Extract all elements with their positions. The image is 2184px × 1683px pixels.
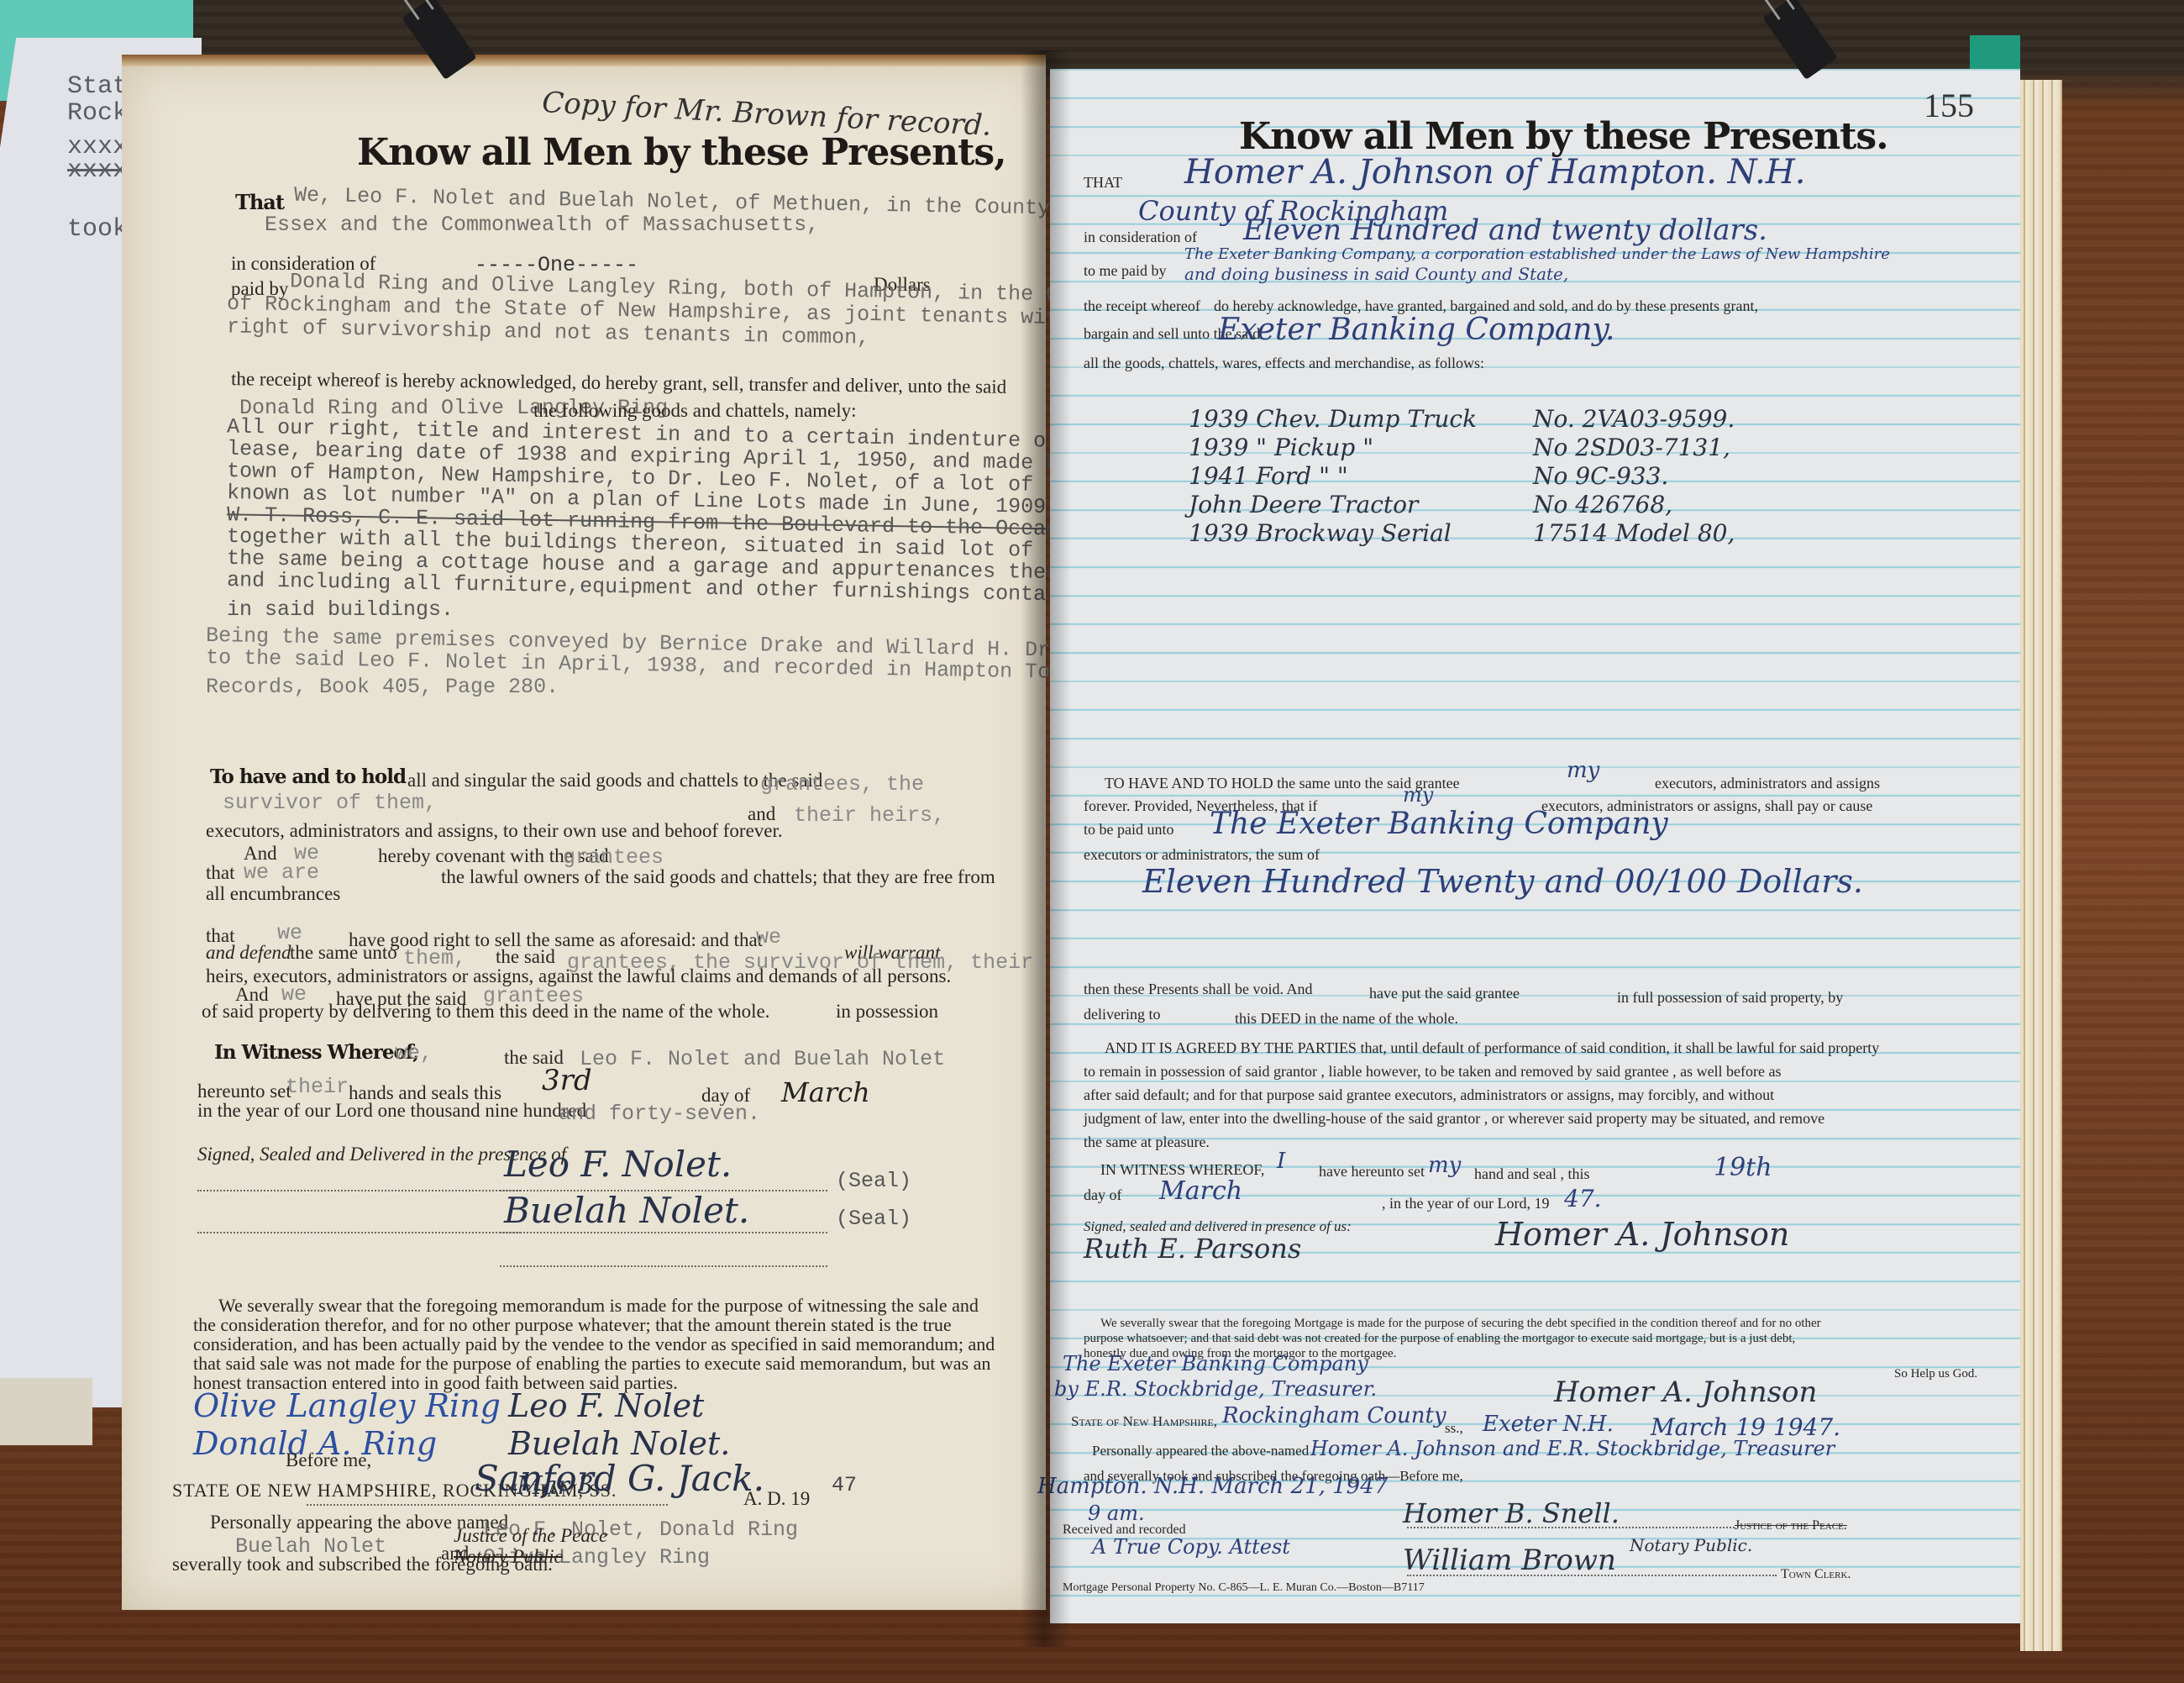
grantor: Homer A. Johnson of Hampton. N.H.: [1184, 153, 1805, 192]
provenance-line: Records, Book 405, Page 280.: [206, 675, 559, 699]
before-me-label: Before me,: [286, 1449, 371, 1471]
notary-title: Notary Public: [454, 1546, 563, 1568]
sum-value: Eleven Hundred Twenty and 00/100 Dollars…: [1142, 863, 1863, 900]
receipt-label: the receipt whereof: [1084, 297, 1200, 315]
witness-we: we,: [395, 1041, 433, 1065]
void-clause: in full possession of said property, by: [1617, 989, 1843, 1007]
oath-signature: Homer A. Johnson: [1554, 1375, 1817, 1409]
we-are: we are: [244, 860, 319, 885]
oath-signature-leo: Leo F. Nolet: [508, 1387, 704, 1424]
right-page-mortgage: 155 Know all Men by these Presents. THAT…: [1050, 69, 2020, 1623]
agreed-line: judgment of law, enter into the dwelling…: [1084, 1110, 1824, 1128]
agreed-line: the same at pleasure.: [1084, 1133, 1210, 1151]
book-page-edges: [2020, 80, 2062, 1651]
page-number: 155: [1924, 86, 1974, 125]
void-clause: then these Presents shall be void. And: [1084, 981, 1312, 998]
attest: A True Copy. Attest: [1092, 1535, 1290, 1559]
county-value: Rockingham County: [1222, 1403, 1446, 1428]
book-spine: [1021, 50, 1071, 1647]
month-value: March: [1159, 1176, 1242, 1206]
goods-label: the following goods and chattels, namely…: [533, 400, 857, 422]
year-text: in the year of our Lord one thousand nin…: [197, 1100, 586, 1122]
witness-text: have hereunto set: [1319, 1163, 1425, 1181]
delivering: this DEED in the name of the whole.: [1235, 1010, 1458, 1028]
year-value: 47.: [1564, 1185, 1602, 1212]
void-clause: have put the said grantee: [1369, 985, 1520, 1002]
recorded-place-date: Hampton. N.H. March 21, 1947: [1037, 1474, 1388, 1499]
agreed-line: AND IT IS AGREED BY THE PARTIES that, un…: [1105, 1039, 1879, 1057]
that-label: that: [206, 862, 235, 884]
paid-unto-label: to be paid unto: [1084, 821, 1173, 839]
oath-line: We severally swear that the foregoing Mo…: [1100, 1317, 1821, 1331]
chattel-description: 1939 " Pickup ": [1189, 434, 1373, 461]
grantors-residence: Essex and the Commonwealth of Massachuse…: [265, 213, 819, 237]
that-label: That: [235, 190, 284, 214]
left-page-bill-of-sale: Copy for Mr. Brown for record. Know all …: [122, 55, 1046, 1610]
witness-my: my: [1428, 1153, 1461, 1178]
paid-by: and doing business in said County and St…: [1184, 264, 1568, 284]
witness-signature: Ruth E. Parsons: [1084, 1233, 1301, 1265]
page-heading: Know all Men by these Presents,: [357, 131, 1006, 174]
agreed-line: to remain in possession of said grantor …: [1084, 1063, 1782, 1081]
page-burned-edge: [122, 55, 1046, 66]
mortgagee-signature: The Exeter Banking Company: [1063, 1352, 1368, 1375]
chattel-number: No 9C-933.: [1533, 462, 1668, 490]
that-label: THAT: [1084, 174, 1122, 192]
habendum-text: executors, administrators and assigns, t…: [206, 820, 783, 842]
grantee: Exeter Banking Company.: [1218, 313, 1614, 347]
grantor-signature: Homer A. Johnson: [1495, 1216, 1789, 1253]
habendum: executors, administrators and assigns: [1655, 775, 1880, 792]
consideration-label: in consideration of: [1084, 229, 1197, 246]
day-value: 19th: [1714, 1153, 1772, 1182]
recorded-time: 9 am.: [1088, 1502, 1145, 1525]
chattel-description: 1941 Ford " ": [1189, 462, 1348, 490]
signature-olive-ring: Olive Langley Ring: [193, 1387, 501, 1424]
day-value: 3rd: [542, 1064, 592, 1097]
seal-label: (Seal): [836, 1169, 911, 1193]
appeared-label: Personally appeared the above-named: [1092, 1443, 1309, 1459]
habendum-my: my: [1567, 758, 1599, 783]
sum-label: executors or administrators, the sum of: [1084, 846, 1320, 864]
signature-buelah-nolet: Buelah Nolet.: [504, 1190, 749, 1231]
provided-my: my: [1403, 783, 1433, 807]
description-line: in said buildings.: [227, 597, 454, 622]
their: their: [286, 1075, 349, 1099]
paid-by-label: to me paid by: [1084, 262, 1166, 280]
form-footer: Mortgage Personal Property No. C-865—L. …: [1063, 1581, 1425, 1595]
so-help-label: So Help us God.: [1894, 1367, 1977, 1381]
page-heading: Know all Men by these Presents.: [1239, 115, 1888, 158]
notary-title: Notary Public.: [1630, 1535, 1752, 1555]
town-value: Exeter N.H.: [1483, 1412, 1614, 1437]
state-label: State of New Hampshire,: [1071, 1413, 1217, 1430]
justice-signature: Homer B. Snell.: [1403, 1497, 1620, 1529]
hand-seal: hand and seal , this: [1474, 1165, 1589, 1183]
month-value: March: [781, 1076, 870, 1108]
habendum-fill: grantees, the: [760, 772, 924, 797]
torn-paper: [0, 1378, 92, 1445]
delivering: delivering to: [1084, 1006, 1160, 1023]
chattel-number: No 426768,: [1533, 491, 1672, 518]
right-we: we: [756, 925, 781, 949]
paid-unto: The Exeter Banking Company: [1210, 807, 1668, 841]
mortgagee-signature: by E.R. Stockbridge, Treasurer.: [1054, 1377, 1377, 1401]
agreed-line: after said default; and for that purpose…: [1084, 1086, 1774, 1104]
chattel-description: 1939 Chev. Dump Truck: [1189, 405, 1477, 433]
habendum-label: To have and to hold: [210, 765, 406, 788]
appeared-value: Homer A. Johnson and E.R. Stockbridge, T…: [1310, 1437, 1835, 1460]
year-label: , in the year of our Lord, 19: [1382, 1195, 1549, 1212]
owners-text: the lawful owners of the said goods and …: [441, 866, 995, 888]
oath-line: purpose whatsoever; and that said debt w…: [1084, 1332, 1795, 1346]
ad-year: 47: [832, 1473, 857, 1497]
witness-i: I: [1277, 1149, 1285, 1174]
habendum-fill: survivor of them,: [223, 791, 437, 815]
signature-leo-nolet: Leo F. Nolet.: [504, 1144, 732, 1185]
clerk-title: Town Clerk.: [1781, 1567, 1851, 1582]
delivering-text: of said property by delivering to them t…: [202, 1001, 769, 1023]
chattel-description: 1939 Brockway Serial: [1189, 519, 1452, 547]
defend-label: and defend: [206, 942, 291, 964]
year-value: and forty-seven.: [559, 1102, 760, 1126]
oath-signature-buelah: Buelah Nolet.: [508, 1425, 730, 1462]
day-of: day of: [1084, 1186, 1121, 1204]
possession-label: in possession: [836, 1001, 938, 1023]
clerk-signature: William Brown: [1403, 1544, 1616, 1577]
witness-label: In Witness Whereof,: [214, 1041, 418, 1064]
encumbrances: all encumbrances: [206, 883, 340, 905]
chattel-number: 17514 Model 80,: [1533, 519, 1735, 547]
receipt-clause: the receipt whereof is hereby acknowledg…: [231, 368, 1006, 398]
justice-title: Justice of the Peace.: [1735, 1518, 1847, 1533]
ss-label: ss.,: [1445, 1420, 1463, 1437]
chattel-number: No. 2VA03-9599.: [1533, 405, 1735, 433]
defend-text: the same unto: [290, 942, 397, 964]
seal-label: (Seal): [836, 1207, 911, 1231]
habendum-fill: their heirs,: [794, 803, 945, 828]
goods-label: all the goods, chattels, wares, effects …: [1084, 355, 1484, 372]
chattel-number: No 2SD03-7131,: [1533, 434, 1730, 461]
chattel-description: John Deere Tractor: [1189, 491, 1418, 518]
witness-names: Leo F. Nolet and Buelah Nolet: [580, 1047, 945, 1071]
justice-signature: Sanford G. Jack.: [475, 1458, 764, 1499]
justice-title: Justice of the Peace: [454, 1525, 607, 1547]
consideration-value: Eleven Hundred and twenty dollars.: [1243, 213, 1767, 247]
paid-by: The Exeter Banking Company, a corporatio…: [1184, 245, 1890, 263]
